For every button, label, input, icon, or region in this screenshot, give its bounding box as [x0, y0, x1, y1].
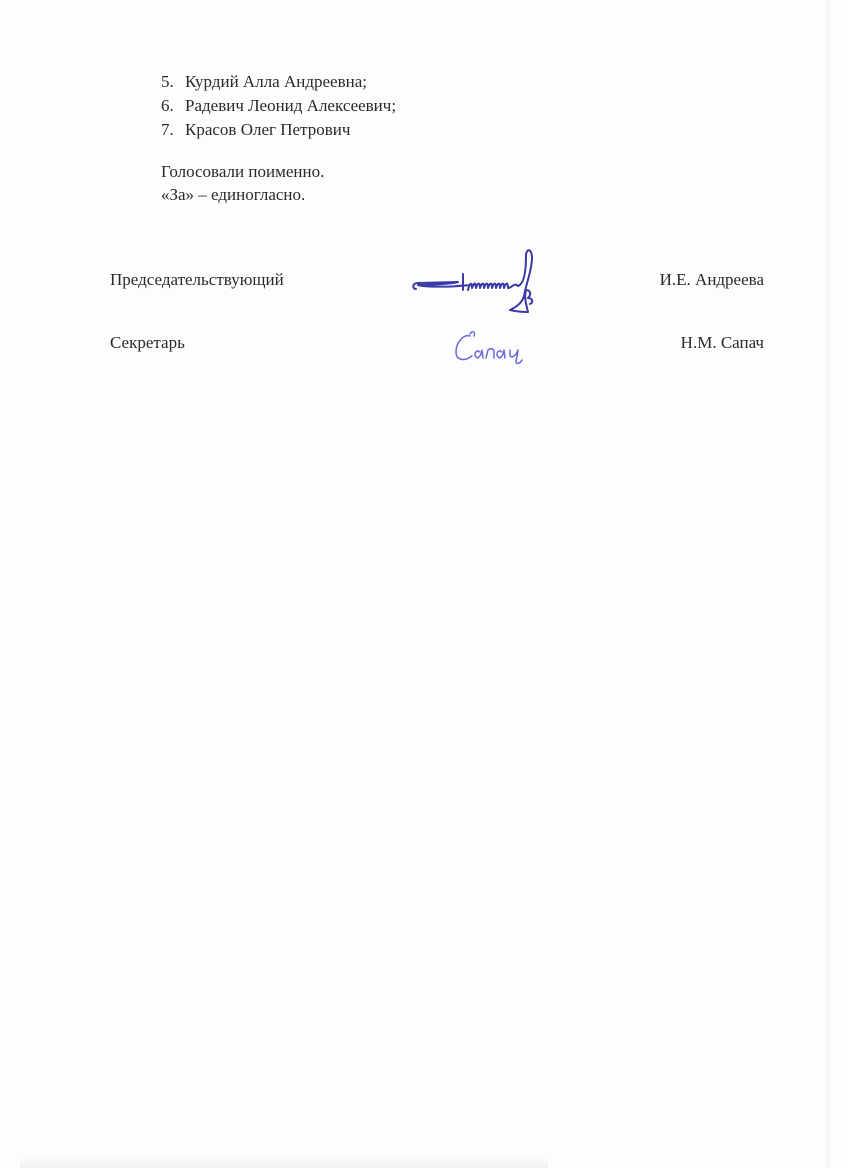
- list-item-name: Радевич Леонид Алексеевич;: [185, 96, 396, 115]
- signatory-role: Секретарь: [110, 333, 185, 353]
- list-item: 7.Красов Олег Петрович: [161, 120, 350, 140]
- handwritten-signature-icon: [408, 246, 568, 316]
- scan-edge: [20, 1158, 548, 1168]
- list-item-number: 6.: [161, 96, 185, 116]
- signature-row-chair: Председательствующий И.Е. Андреева: [110, 246, 764, 316]
- list-item-name: Курдий Алла Андреевна;: [185, 72, 367, 91]
- vote-method: Голосовали поименно.: [161, 162, 324, 182]
- list-item-number: 5.: [161, 72, 185, 92]
- signatory-name: Н.М. Сапач: [681, 333, 764, 353]
- list-item-name: Красов Олег Петрович: [185, 120, 350, 139]
- list-item: 5.Курдий Алла Андреевна;: [161, 72, 367, 92]
- handwritten-signature-icon: [450, 326, 534, 366]
- scan-edge: [826, 0, 830, 1168]
- signatory-name: И.Е. Андреева: [660, 270, 764, 290]
- list-item: 6.Радевич Леонид Алексеевич;: [161, 96, 396, 116]
- vote-result: «За» – единогласно.: [161, 185, 305, 205]
- signature-row-secretary: Секретарь Н.М. Сапач: [110, 322, 764, 392]
- list-item-number: 7.: [161, 120, 185, 140]
- signatory-role: Председательствующий: [110, 270, 284, 290]
